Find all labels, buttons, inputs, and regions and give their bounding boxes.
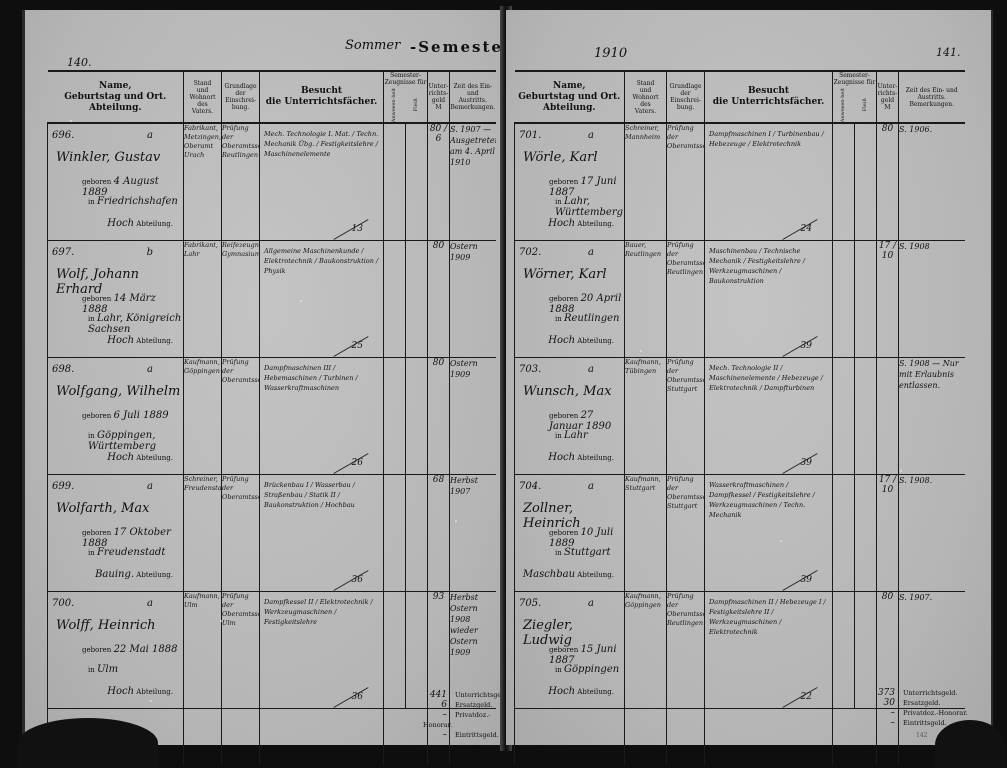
semester-reports [384, 358, 428, 475]
department: Hoch Abteilung. [548, 686, 614, 697]
total-value: – [871, 718, 895, 728]
entry-number: 697. [52, 247, 74, 258]
register-entry: 704. a Zollner, Heinrich geboren 10 Juli… [515, 475, 965, 592]
birth-date: geboren 17 Juni 1887 [549, 176, 624, 198]
father-status: Schreiner, Mannheim [625, 123, 667, 241]
right-page-number: 141. [936, 46, 961, 59]
student-name: Wörle, Karl [523, 150, 597, 165]
column-header-unterrichtsgeld: Unter-richts-geldM [428, 71, 450, 123]
subjects-list: Wasserkraftmaschinen / Dampfkessel / Fes… [705, 475, 832, 525]
enrollment-basis: Reifezeugnis Gymnasium [222, 241, 260, 358]
total-value: – [423, 730, 447, 740]
tuition-fee: 17 / 10 [877, 475, 899, 592]
birth-date: geboren 20 April 1888 [549, 293, 624, 315]
department: Hoch Abteilung. [107, 218, 173, 229]
total-value: 441 [423, 690, 447, 700]
birth-place: in Göppingen [555, 664, 619, 675]
semester-reports [833, 241, 877, 358]
birth-place: in Stuttgart [555, 547, 611, 558]
semester-reports [833, 123, 877, 241]
student-name: Wolff, Heinrich [56, 618, 156, 633]
right-page: 1910 141. Name,Geburtstag und Ort.Abteil… [506, 10, 993, 745]
column-header-besucht: Besuchtdie Unterrichtsfächer. [705, 71, 833, 123]
subjects-attended: Dampfmaschinen I / Turbinenbau / Hebezeu… [705, 123, 833, 241]
entry-remarks: Ostern 1909 [450, 241, 496, 358]
entry-section-letter: a [147, 598, 153, 609]
weekly-hours: 39 [801, 575, 812, 585]
total-value: 373 [871, 688, 895, 698]
department: Bauing. Abteilung. [95, 569, 173, 580]
department: Hoch Abteilung. [107, 686, 173, 697]
entry-number: 701. [519, 130, 541, 141]
total-line: 373Unterrichtsgeld. [871, 688, 968, 698]
birth-place: in Friedrichshafen [88, 196, 178, 207]
column-header-zeit: Zeit des Ein- undAustritts.Bemerkungen. [899, 71, 965, 123]
entry-remarks: S. 1906. [899, 123, 965, 241]
entry-section-letter: a [147, 130, 153, 141]
semester-reports [384, 592, 428, 709]
column-header-grundlage: GrundlagederEinschrei-bung. [222, 71, 260, 123]
father-status: Kaufmann, Tübingen [625, 358, 667, 475]
enrollment-basis: Prüfung der Oberamtsschule Stuttgart [667, 475, 705, 592]
entry-remarks: S. 1908 [899, 241, 965, 358]
tuition-fee: 80 [877, 123, 899, 241]
total-label: Ersatzgeld. [903, 699, 940, 707]
birth-date: geboren 17 Oktober 1888 [82, 527, 183, 549]
entry-section-letter: a [588, 481, 594, 492]
subjects-attended: Mech. Technologie II / Maschinenelemente… [705, 358, 833, 475]
tuition-fee: 17 / 10 [877, 241, 899, 358]
register-entry: 697. b Wolf, Johann Erhard geboren 14 Mä… [48, 241, 496, 358]
father-status: Schreiner, Freudenstadt [184, 475, 222, 592]
weekly-hours: 13 [352, 224, 363, 234]
subjects-attended: Mech. Technologie I. Mat. / Techn. Mecha… [260, 123, 384, 241]
department: Hoch Abteilung. [548, 335, 614, 346]
birth-date: geboren 27 Januar 1890 [549, 410, 624, 432]
scan-speck [900, 470, 902, 472]
column-header-name: Name,Geburtstag und Ort.Abteilung. [515, 71, 625, 123]
tuition-fee: 68 [428, 475, 450, 592]
entry-name-cell: 699. a Wolfarth, Max geboren 17 Oktober … [48, 475, 184, 592]
birth-place: in Göppingen, Württemberg [88, 430, 183, 452]
birth-date: geboren 14 März 1888 [82, 293, 183, 315]
entry-remarks: S. 1908 — Nur mit Erlaubnis entlassen. [899, 358, 965, 475]
enrollment-basis: Prüfung der Oberamtsschule [222, 475, 260, 592]
student-name: Wolfarth, Max [56, 501, 150, 516]
entry-number: 700. [52, 598, 74, 609]
season-handwritten: Sommer [345, 38, 400, 53]
entry-number: 696. [52, 130, 74, 141]
birth-date: geboren 15 Juni 1887 [549, 644, 624, 666]
scanner-thumb-left [18, 718, 158, 768]
student-name: Winkler, Gustav [56, 150, 160, 165]
weekly-hours: 24 [801, 224, 812, 234]
father-status: Kaufmann, Stuttgart [625, 475, 667, 592]
subjects-list: Maschinenbau / Technische Mechanik / Fes… [705, 241, 832, 291]
father-status: Kaufmann, Ulm [184, 592, 222, 709]
birth-place: in Freudenstadt [88, 547, 165, 558]
register-entry: 699. a Wolfarth, Max geboren 17 Oktober … [48, 475, 496, 592]
subjects-list: Dampfkessel II / Elektrotechnik / Werkze… [260, 592, 383, 632]
student-name: Wunsch, Max [523, 384, 612, 399]
birth-place: in Lahr, Königreich Sachsen [88, 313, 183, 335]
column-header-zeugnisse: Semester-Zeugnisse fürAnwesen-heitFleiß [833, 71, 877, 123]
weekly-hours: 26 [352, 458, 363, 468]
column-header-zeit: Zeit des Ein- undAustritts.Bemerkungen. [450, 71, 496, 123]
subjects-list: Allgemeine Maschinenkunde / Elektrotechn… [260, 241, 383, 281]
father-status: Kaufmann, Göppingen [184, 358, 222, 475]
scan-speck [220, 620, 222, 622]
enrollment-basis: Prüfung der Oberamtsschule Stuttgart [667, 358, 705, 475]
weekly-hours: 39 [801, 458, 812, 468]
entry-section-letter: a [147, 481, 153, 492]
birth-place: in Lahr [555, 430, 588, 441]
semester-title: -Semester [410, 38, 513, 56]
total-label: Ersatzgeld. [455, 701, 492, 709]
department: Maschbau Abteilung. [523, 569, 614, 580]
subjects-list: Dampfmaschinen II / Hebezeuge I / Festig… [705, 592, 832, 642]
column-header-unterrichtsgeld: Unter-richts-geldM [877, 71, 899, 123]
semester-reports [833, 592, 877, 709]
total-label: Unterrichtsgeld. [903, 689, 958, 697]
scan-speck [300, 300, 302, 302]
entry-number: 704. [519, 481, 541, 492]
birth-place: in Ulm [88, 664, 118, 675]
total-value: 6 [423, 700, 447, 710]
scan-speck [150, 700, 152, 702]
entry-name-cell: 703. a Wunsch, Max geboren 27 Januar 189… [515, 358, 625, 475]
scanner-thumb-right [935, 720, 1005, 768]
birth-date: geboren 10 Juli 1889 [549, 527, 624, 549]
subjects-attended: Allgemeine Maschinenkunde / Elektrotechn… [260, 241, 384, 358]
department: Hoch Abteilung. [107, 335, 173, 346]
entry-number: 705. [519, 598, 541, 609]
register-table-left: Name,Geburtstag und Ort.Abteilung.Standu… [47, 70, 496, 765]
entry-name-cell: 704. a Zollner, Heinrich geboren 10 Juli… [515, 475, 625, 592]
entry-remarks: Herbst 1907 [450, 475, 496, 592]
enrollment-basis: Prüfung der Oberamtsschule [222, 358, 260, 475]
entry-remarks: Ostern 1909 [450, 358, 496, 475]
register-entry: 701. a Wörle, Karl geboren 17 Juni 1887 … [515, 123, 965, 241]
entry-name-cell: 698. a Wolfgang, Wilhelm geboren 6 Juli … [48, 358, 184, 475]
birth-date: geboren 22 Mai 1888 [82, 644, 178, 655]
entry-section-letter: b [147, 247, 153, 258]
birth-date: geboren 6 Juli 1889 [82, 410, 169, 421]
subjects-list: Dampfmaschinen III / Hebemaschinen / Tur… [260, 358, 383, 398]
department: Hoch Abteilung. [548, 218, 614, 229]
subjects-list: Mech. Technologie I. Mat. / Techn. Mecha… [260, 124, 383, 164]
column-header-stand: StandundWohnortdesVaters. [184, 71, 222, 123]
entry-number: 699. [52, 481, 74, 492]
scan-speck [780, 540, 782, 542]
total-label: Eintrittsgeld. [903, 719, 947, 727]
tuition-fee: 80 [428, 241, 450, 358]
column-header-besucht: Besuchtdie Unterrichtsfächer. [260, 71, 384, 123]
tuition-fee: 80 [428, 358, 450, 475]
entry-number: 703. [519, 364, 541, 375]
semester-reports [384, 241, 428, 358]
register-entry: 696. a Winkler, Gustav geboren 4 August … [48, 123, 496, 241]
column-header-name: Name,Geburtstag und Ort.Abteilung. [48, 71, 184, 123]
entry-section-letter: a [588, 247, 594, 258]
father-status: Fabrikant, Lahr [184, 241, 222, 358]
subjects-attended: Brückenbau I / Wasserbau / Straßenbau / … [260, 475, 384, 592]
father-status: Fabrikant, Metzingen, Oberamt Urach [184, 123, 222, 241]
left-page: 140. Sommer -Semester Name,Geburtstag un… [22, 10, 513, 745]
father-status: Kaufmann, Göppingen [625, 592, 667, 709]
entry-name-cell: 696. a Winkler, Gustav geboren 4 August … [48, 123, 184, 241]
semester-reports [384, 475, 428, 592]
birth-date: geboren 4 August 1889 [82, 176, 183, 198]
subjects-list: Brückenbau I / Wasserbau / Straßenbau / … [260, 475, 383, 515]
subjects-list: Dampfmaschinen I / Turbinenbau / Hebezeu… [705, 124, 832, 154]
total-line: 30Ersatzgeld. [871, 698, 968, 708]
entry-name-cell: 701. a Wörle, Karl geboren 17 Juni 1887 … [515, 123, 625, 241]
entry-remarks: S. 1908. [899, 475, 965, 592]
entry-section-letter: a [588, 364, 594, 375]
tuition-fee [877, 358, 899, 475]
entry-name-cell: 697. b Wolf, Johann Erhard geboren 14 Mä… [48, 241, 184, 358]
entry-name-cell: 705. a Ziegler, Ludwig geboren 15 Juni 1… [515, 592, 625, 709]
column-header-stand: StandundWohnortdesVaters. [625, 71, 667, 123]
year-handwritten: 1910 [594, 46, 627, 61]
entry-section-letter: a [588, 130, 594, 141]
tuition-fee: 80 / 6 [428, 123, 450, 241]
weekly-hours: 22 [801, 692, 812, 702]
register-entry: 703. a Wunsch, Max geboren 27 Januar 189… [515, 358, 965, 475]
enrollment-basis: Prüfung der Oberamtsschule Ulm [222, 592, 260, 709]
enrollment-basis: Prüfung der Oberamtsschule [667, 123, 705, 241]
register-entry: 702. a Wörner, Karl geboren 20 April 188… [515, 241, 965, 358]
semester-reports [384, 123, 428, 241]
total-value: – [423, 710, 447, 720]
entry-name-cell: 702. a Wörner, Karl geboren 20 April 188… [515, 241, 625, 358]
register-entry: 698. a Wolfgang, Wilhelm geboren 6 Juli … [48, 358, 496, 475]
entry-number: 702. [519, 247, 541, 258]
total-line: –Privatdoz.-Honorar. [871, 708, 968, 718]
subjects-attended: Dampfmaschinen III / Hebemaschinen / Tur… [260, 358, 384, 475]
column-header-zeugnisse: Semester-Zeugnisse fürAnwesen-heitFleiß [384, 71, 428, 123]
student-name: Wolfgang, Wilhelm [56, 384, 180, 399]
total-value: 30 [871, 698, 895, 708]
register-book: 140. Sommer -Semester Name,Geburtstag un… [0, 0, 1007, 768]
subjects-list: Mech. Technologie II / Maschinenelemente… [705, 358, 832, 398]
enrollment-basis: Prüfung der Oberamtsschule Reutlingen [222, 123, 260, 241]
entry-section-letter: a [147, 364, 153, 375]
enrollment-basis: Prüfung der Oberamtsschule Reutlingen [667, 241, 705, 358]
entry-name-cell: 700. a Wolff, Heinrich geboren 22 Mai 18… [48, 592, 184, 709]
birth-place: in Reutlingen [555, 313, 620, 324]
entry-number: 698. [52, 364, 74, 375]
total-label: Privatdoz.-Honorar. [903, 709, 968, 717]
scan-speck [70, 120, 72, 122]
entry-remarks: S. 1907 — Ausgetreten am 4. April 1910 [450, 123, 496, 241]
left-page-number: 140. [67, 56, 92, 69]
weekly-hours: 36 [352, 692, 363, 702]
column-header-grundlage: GrundlagederEinschrei-bung. [667, 71, 705, 123]
total-value: – [871, 708, 895, 718]
semester-reports [833, 358, 877, 475]
total-label: Eintrittsgeld. [455, 731, 499, 739]
subjects-attended: Maschinenbau / Technische Mechanik / Fes… [705, 241, 833, 358]
birth-place: in Lahr, Württemberg [555, 196, 624, 218]
student-name: Wörner, Karl [523, 267, 606, 282]
semester-reports [833, 475, 877, 592]
entry-section-letter: a [588, 598, 594, 609]
weekly-hours: 36 [352, 575, 363, 585]
department: Hoch Abteilung. [107, 452, 173, 463]
weekly-hours: 39 [801, 341, 812, 351]
archive-stamp: 142 [916, 732, 927, 739]
enrollment-basis: Prüfung der Oberamtsschule Reutlingen [667, 592, 705, 709]
father-status: Bauer, Reutlingen [625, 241, 667, 358]
weekly-hours: 25 [352, 341, 363, 351]
scan-speck [640, 350, 642, 352]
subjects-attended: Wasserkraftmaschinen / Dampfkessel / Fes… [705, 475, 833, 592]
register-table-right: Name,Geburtstag und Ort.Abteilung.Standu… [514, 70, 965, 765]
scan-speck [455, 520, 457, 522]
subjects-attended: Dampfmaschinen II / Hebezeuge I / Festig… [705, 592, 833, 709]
department: Hoch Abteilung. [548, 452, 614, 463]
subjects-attended: Dampfkessel II / Elektrotechnik / Werkze… [260, 592, 384, 709]
